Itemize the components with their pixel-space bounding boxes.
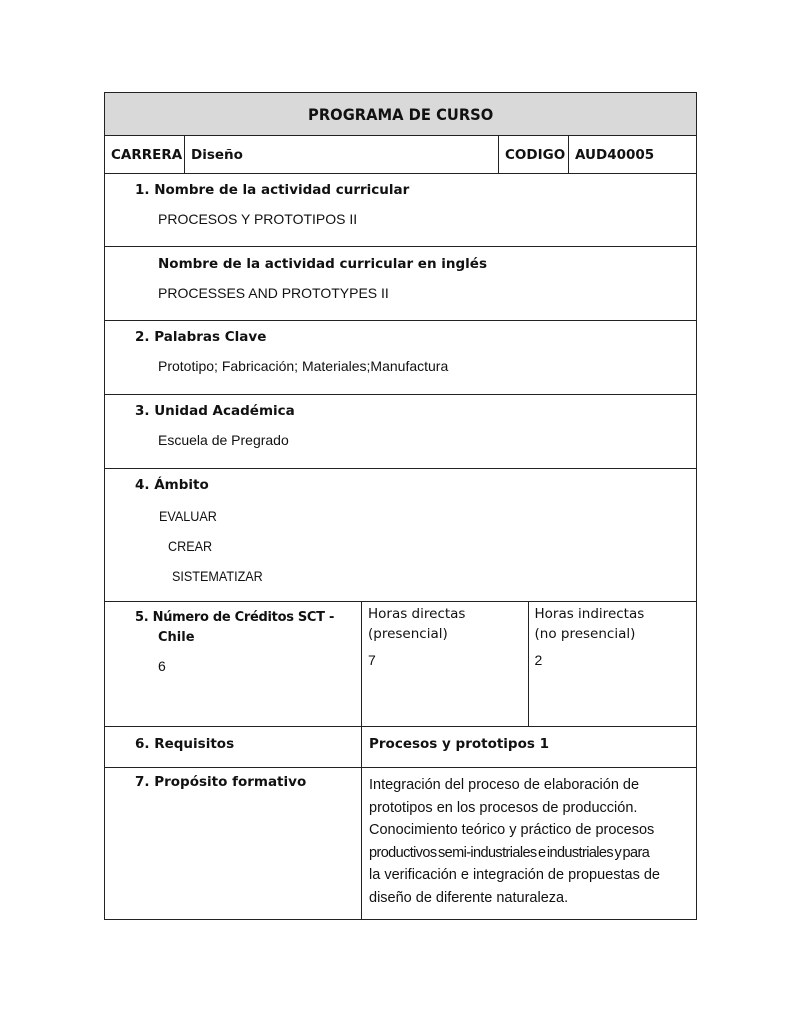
- section-creditos: 5. Número de Créditos SCT - Chile 6: [105, 602, 362, 727]
- section-ambito: 4. Ámbito EVALUAR CREAR SISTEMATIZAR: [105, 469, 697, 602]
- requisitos-value-cell: Procesos y prototipos 1: [362, 727, 697, 768]
- proposito-line: Conocimiento teórico y práctico de proce…: [369, 819, 692, 842]
- requisitos-value: Procesos y prototipos 1: [369, 736, 549, 752]
- section-nombre-ingles: Nombre de la actividad curricular en ing…: [105, 247, 697, 321]
- unidad-label: 3. Unidad Académica: [135, 403, 295, 419]
- codigo-label: CODIGO: [499, 136, 569, 174]
- proposito-value-cell: Integración del proceso de elaboración d…: [362, 768, 697, 920]
- proposito-label: 7. Propósito formativo: [135, 774, 306, 790]
- section-nombre: 1. Nombre de la actividad curricular PRO…: [105, 174, 697, 247]
- section-palabras-clave: 2. Palabras Clave Prototipo; Fabricación…: [105, 321, 697, 395]
- horas-indirectas-header: Horas indirectas (no presencial): [528, 602, 696, 644]
- nombre-ingles-label: Nombre de la actividad curricular en ing…: [158, 256, 487, 272]
- ambito-label: 4. Ámbito: [135, 477, 209, 493]
- proposito-line: productivos semi-industriales e industri…: [369, 842, 692, 865]
- horas-table: Horas directas (presencial) Horas indire…: [362, 602, 696, 726]
- proposito-line: diseño de diferente naturaleza.: [369, 887, 692, 910]
- codigo-value: AUD40005: [569, 136, 697, 174]
- requisitos-label: 6. Requisitos: [135, 736, 234, 752]
- carrera-value: Diseño: [185, 136, 499, 174]
- unidad-value: Escuela de Pregrado: [158, 432, 289, 448]
- horas-container: Horas directas (presencial) Horas indire…: [362, 602, 697, 727]
- carrera-label: CARRERA: [105, 136, 185, 174]
- ambito-item-evaluar: EVALUAR: [159, 508, 217, 524]
- document-title: PROGRAMA DE CURSO: [105, 93, 697, 136]
- proposito-label-cell: 7. Propósito formativo: [105, 768, 362, 920]
- ambito-item-crear: CREAR: [168, 538, 212, 554]
- nombre-value: PROCESOS Y PROTOTIPOS II: [158, 211, 357, 227]
- palabras-clave-value: Prototipo; Fabricación; Materiales;Manuf…: [158, 358, 448, 374]
- creditos-label-line2: Chile: [158, 630, 195, 645]
- horas-directas-header: Horas directas (presencial): [362, 602, 528, 644]
- nombre-ingles-value: PROCESSES AND PROTOTYPES II: [158, 285, 389, 301]
- ambito-item-sistematizar: SISTEMATIZAR: [172, 568, 263, 584]
- horas-indirectas-value: 2: [528, 644, 696, 726]
- course-program-table: PROGRAMA DE CURSO CARRERA Diseño CODIGO …: [104, 92, 697, 920]
- proposito-line: prototipos en los procesos de producción…: [369, 797, 692, 820]
- proposito-line: Integración del proceso de elaboración d…: [369, 774, 692, 797]
- nombre-label: 1. Nombre de la actividad curricular: [135, 182, 409, 198]
- course-program-document: PROGRAMA DE CURSO CARRERA Diseño CODIGO …: [104, 92, 696, 920]
- proposito-line: la verificación e integración de propues…: [369, 864, 692, 887]
- creditos-value: 6: [158, 658, 166, 674]
- creditos-label-line1: 5. Número de Créditos SCT -: [135, 610, 334, 625]
- horas-directas-value: 7: [362, 644, 528, 726]
- palabras-clave-label: 2. Palabras Clave: [135, 329, 266, 345]
- requisitos-label-cell: 6. Requisitos: [105, 727, 362, 768]
- section-unidad-academica: 3. Unidad Académica Escuela de Pregrado: [105, 395, 697, 469]
